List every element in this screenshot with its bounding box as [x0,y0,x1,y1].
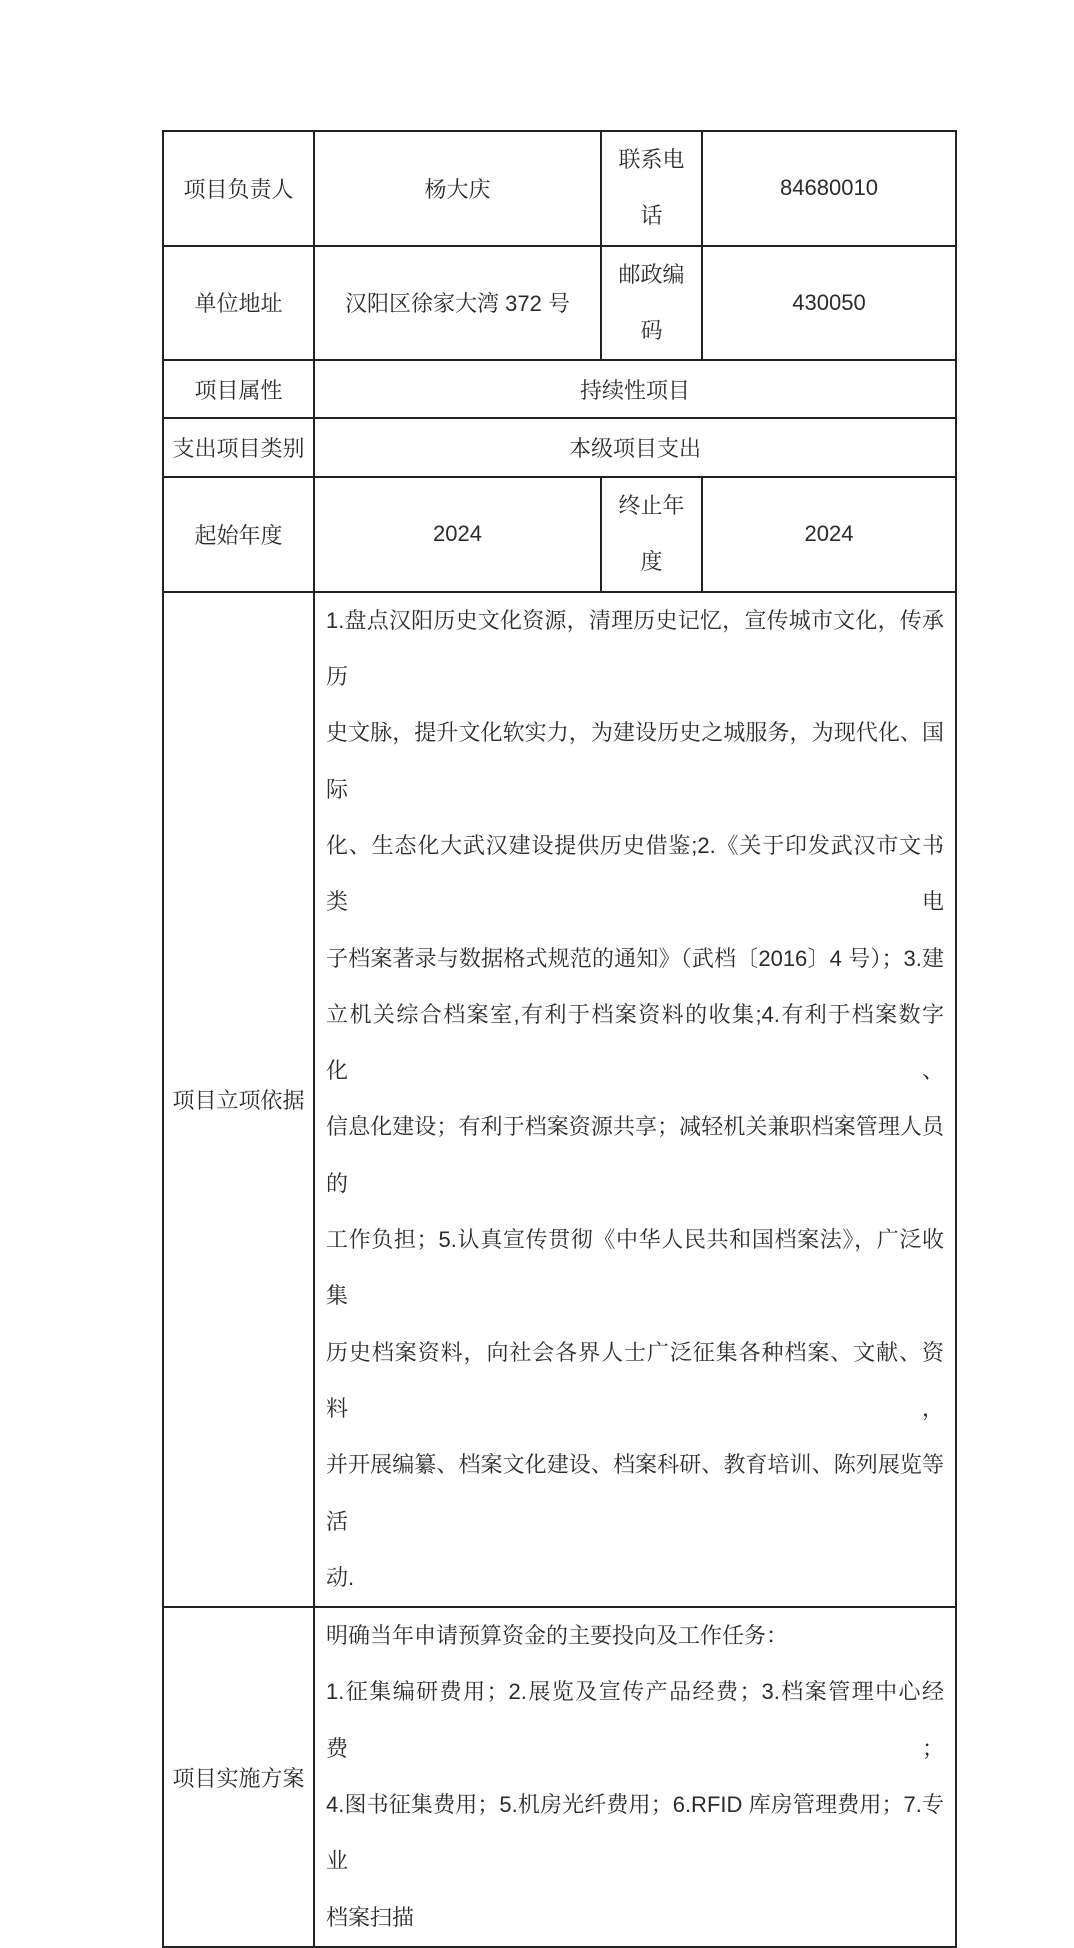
row-project-attribute: 项目属性 持续性项目 [163,360,956,418]
label-implementation-plan: 项目实施方案 [163,1607,314,1947]
label-project-attribute: 项目属性 [163,360,314,418]
value-implementation-plan: 明确当年申请预算资金的主要投向及工作任务：1.征集编研费用；2.展览及宣传产品经… [314,1607,956,1947]
row-project-basis: 项目立项依据 1.盘点汉阳历史文化资源，清理历史记忆，宣传城市文化，传承历史文脉… [163,592,956,1607]
text-line: 历史档案资料，向社会各界人士广泛征集各种档案、文献、资料， [326,1325,944,1438]
label-expenditure-category: 支出项目类别 [163,418,314,477]
label-postal-code: 邮政编码 [601,246,702,361]
text-line: 信息化建设；有利于档案资源共享；减轻机关兼职档案管理人员的 [326,1099,944,1212]
paragraph: 1.盘点汉阳历史文化资源，清理历史记忆，宣传城市文化，传承历史文脉，提升文化软实… [326,593,944,1606]
paragraph: 1.征集编研费用；2.展览及宣传产品经费；3.档案管理中心经费；4.图书征集费用… [326,1664,944,1945]
value-postal-code: 430050 [702,246,956,361]
text-line: 化、生态化大武汉建设提供历史借鉴;2.《关于印发武汉市文书类电 [326,818,944,931]
value-project-attribute: 持续性项目 [314,360,956,418]
text-line: 立机关综合档案室,有利于档案资料的收集;4.有利于档案数字化、 [326,987,944,1100]
label-project-leader: 项目负责人 [163,131,314,246]
row-implementation-plan: 项目实施方案 明确当年申请预算资金的主要投向及工作任务：1.征集编研费用；2.展… [163,1607,956,1947]
text-line: 1.盘点汉阳历史文化资源，清理历史记忆，宣传城市文化，传承历 [326,593,944,706]
label-line: 邮政编 [602,247,701,303]
value-project-leader: 杨大庆 [314,131,601,246]
label-line: 联系电 [602,132,701,188]
value-contact-phone: 84680010 [702,131,956,246]
label-line: 话 [602,188,701,244]
label-contact-phone: 联系电话 [601,131,702,246]
text-line: 档案扫描 [326,1890,944,1946]
label-project-basis: 项目立项依据 [163,592,314,1607]
label-line: 终止年 [602,478,701,534]
document-page: 项目负责人 杨大庆 联系电话 84680010 单位地址 汉阳区徐家大湾 372… [0,0,1074,1520]
label-start-year: 起始年度 [163,477,314,592]
label-line: 度 [602,534,701,590]
row-project-leader: 项目负责人 杨大庆 联系电话 84680010 [163,131,956,246]
text-line: 工作负担；5.认真宣传贯彻《中华人民共和国档案法》，广泛收集 [326,1212,944,1325]
paragraph: 明确当年申请预算资金的主要投向及工作任务： [326,1608,944,1664]
text-line: 子档案著录与数据格式规范的通知》（武档〔2016〕4 号）；3.建 [326,931,944,987]
label-unit-address: 单位地址 [163,246,314,361]
value-start-year: 2024 [314,477,601,592]
project-info-table: 项目负责人 杨大庆 联系电话 84680010 单位地址 汉阳区徐家大湾 372… [162,130,957,1948]
text-line: 并开展编纂、档案文化建设、档案科研、教育培训、陈列展览等活 [326,1437,944,1550]
row-unit-address: 单位地址 汉阳区徐家大湾 372 号 邮政编码 430050 [163,246,956,361]
row-expenditure-category: 支出项目类别 本级项目支出 [163,418,956,477]
row-years: 起始年度 2024 终止年度 2024 [163,477,956,592]
text-line: 4.图书征集费用；5.机房光纤费用；6.RFID 库房管理费用；7.专业 [326,1777,944,1890]
label-line: 码 [602,303,701,359]
label-end-year: 终止年度 [601,477,702,592]
value-end-year: 2024 [702,477,956,592]
value-expenditure-category: 本级项目支出 [314,418,956,477]
text-line: 动. [326,1550,944,1606]
text-line: 史文脉，提升文化软实力，为建设历史之城服务，为现代化、国际 [326,705,944,818]
value-unit-address: 汉阳区徐家大湾 372 号 [314,246,601,361]
text-line: 1.征集编研费用；2.展览及宣传产品经费；3.档案管理中心经费； [326,1664,944,1777]
text-line: 明确当年申请预算资金的主要投向及工作任务： [326,1608,944,1664]
value-project-basis: 1.盘点汉阳历史文化资源，清理历史记忆，宣传城市文化，传承历史文脉，提升文化软实… [314,592,956,1607]
